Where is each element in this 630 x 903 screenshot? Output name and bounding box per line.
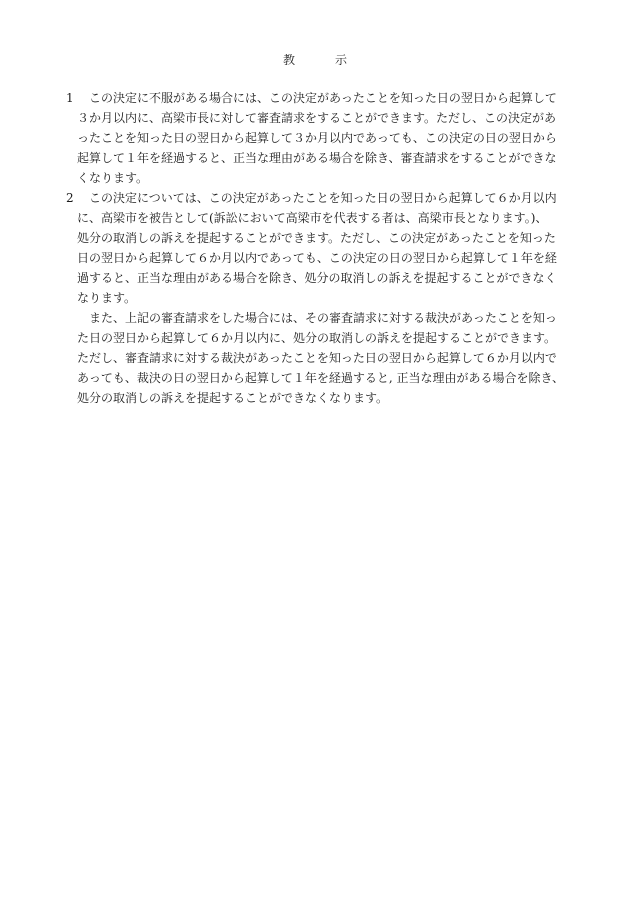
paragraph-line: 処分の取消しの訴えを提起することができなくなります。 — [77, 388, 570, 408]
item-number: 1 — [66, 88, 86, 108]
title-char-1: 教 — [283, 50, 295, 70]
item-line: なります。 — [77, 288, 570, 308]
paragraph-line: あっても、裁決の日の翌日から起算して１年を経過すると, 正当な理由がある場合を除… — [77, 368, 570, 388]
item-line: ったことを知った日の翌日から起算して３か月以内であっても、この決定の日の翌日から — [77, 128, 570, 148]
item-number: 2 — [66, 188, 86, 208]
document-page: 教示 1 この決定に不服がある場合には、この決定があったことを知った日の翌日から… — [0, 0, 630, 903]
item-line: くなります。 — [77, 168, 570, 188]
paragraph-line: ただし、審査請求に対する裁決があったことを知った日の翌日から起算して６か月以内で — [77, 348, 570, 368]
item-line: 日の翌日から起算して６か月以内であっても、この決定の日の翌日から起算して１年を経 — [77, 248, 570, 268]
numbered-item-1: 1 この決定に不服がある場合には、この決定があったことを知った日の翌日から起算し… — [66, 88, 570, 188]
item-line: 起算して１年を経過すると、正当な理由がある場合を除き、審査請求をすることができな — [77, 148, 570, 168]
paragraph-line: た日の翌日から起算して６か月以内に、処分の取消しの訴えを提起することができます。 — [77, 328, 570, 348]
document-title: 教示 — [0, 50, 630, 70]
numbered-item-2: 2 この決定については、この決定があったことを知った日の翌日から起算して６か月以… — [66, 188, 570, 308]
item-line: この決定に不服がある場合には、この決定があったことを知った日の翌日から起算して — [77, 88, 570, 108]
title-char-2: 示 — [335, 50, 347, 70]
paragraph-line: また、上記の審査請求をした場合には、その審査請求に対する裁決があったことを知っ — [77, 308, 570, 328]
item-line: 過すると、正当な理由がある場合を除き、処分の取消しの訴えを提起することができなく — [77, 268, 570, 288]
item-line: この決定については、この決定があったことを知った日の翌日から起算して６か月以内 — [77, 188, 570, 208]
item-line: に、高梁市を被告として(訴訟において高梁市を代表する者は、高梁市長となります。)… — [77, 208, 570, 228]
item-line: 処分の取消しの訴えを提起することができます。ただし、この決定があったことを知った — [77, 228, 570, 248]
item-line: ３か月以内に、高梁市長に対して審査請求をすることができます。ただし、この決定があ — [77, 108, 570, 128]
document-body: 1 この決定に不服がある場合には、この決定があったことを知った日の翌日から起算し… — [66, 88, 570, 408]
supplementary-paragraph: また、上記の審査請求をした場合には、その審査請求に対する裁決があったことを知っ … — [66, 308, 570, 408]
